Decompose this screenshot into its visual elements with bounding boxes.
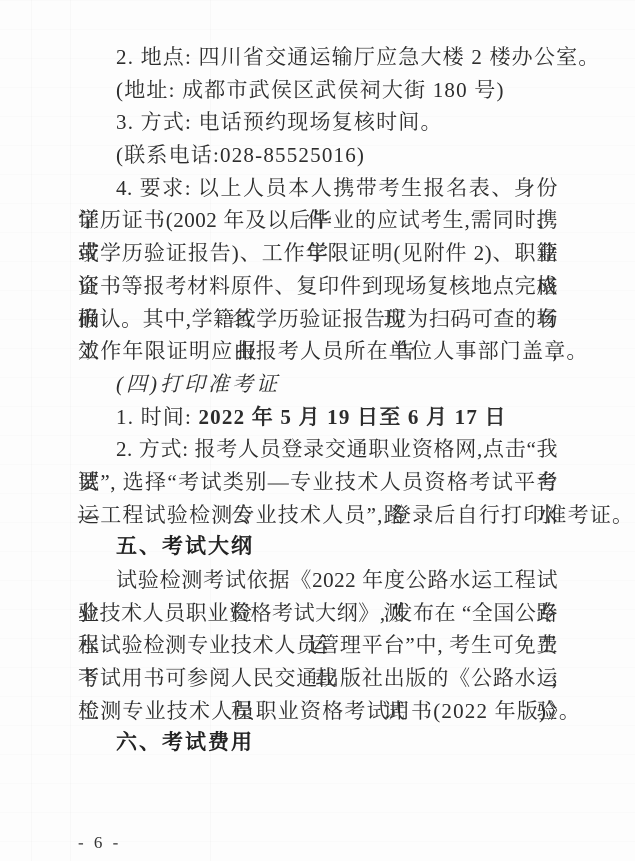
section-heading: 五、考试大纲 [78,531,558,564]
document-page: 2. 地点: 四川省交通运输厅应急大楼 2 楼办公室。(地址: 成都市武侯区武侯… [0,0,635,861]
text-line: 运工程试验检测专业技术人员”, 登录后自行打印准考证。 [78,499,558,532]
text-line: (地址: 成都市武侯区武侯祠大街 180 号) [78,74,558,107]
text-line: 4. 要求: 以上人员本人携带考生报名表、身份证件、 [78,172,558,205]
text-line: 考试用书可参阅人民交通出版社出版的《公路水运工程试验 [78,662,558,695]
text-line: 1. 时间: 2022 年 5 月 19 日至 6 月 17 日 [78,401,558,434]
text-span: 1. 时间: [116,405,198,429]
text-line: 业技术人员职业资格考试大纲》, 发布在 “全国公路水运工 [78,597,558,630]
text-line: 学历证书(2002 年及以后毕业的应试考生,需同时携带学籍 [78,204,558,237]
subsection-heading: (四)打印准考证 [78,368,558,401]
scan-artifact-line [70,0,71,861]
scan-artifact-line [31,0,32,861]
page-number: - 6 - [78,833,121,853]
text-line: 工作年限证明应由报考人员所在单位人事部门盖章。 [78,335,558,368]
text-line: 检测专业技术人员职业资格考试用书(2022 年版)》。 [78,695,558,728]
text-line: (联系电话:028-85525016) [78,139,558,172]
text-line: 3. 方式: 电话预约现场复核时间。 [78,106,558,139]
text-line: 程试验检测专业技术人员管理平台”中, 考生可免费下载; [78,629,558,662]
text-line: 2. 方式: 报考人员登录交通职业资格网,点击“我要考 [78,433,558,466]
text-line: 确认。其中,学籍或学历验证报告应为扫码可查的有效报告, [78,303,558,336]
text-line: 证书等报考材料原件、复印件到现场复核地点完成报名现场 [78,270,558,303]
text-line: 2. 地点: 四川省交通运输厅应急大楼 2 楼办公室。 [78,41,558,74]
text-line: 试验检测考试依据《2022 年度公路水运工程试验检测专 [78,564,558,597]
text-block: 2. 地点: 四川省交通运输厅应急大楼 2 楼办公室。(地址: 成都市武侯区武侯… [78,41,558,760]
bold-text: 2022 年 5 月 19 日至 6 月 17 日 [198,405,506,429]
text-line: 试”, 选择“考试类别—专业技术人员资格考试平台—公路水 [78,466,558,499]
text-line: 或学历验证报告)、工作年限证明(见附件 2)、职业资格 [78,237,558,270]
section-heading: 六、考试费用 [78,727,558,760]
